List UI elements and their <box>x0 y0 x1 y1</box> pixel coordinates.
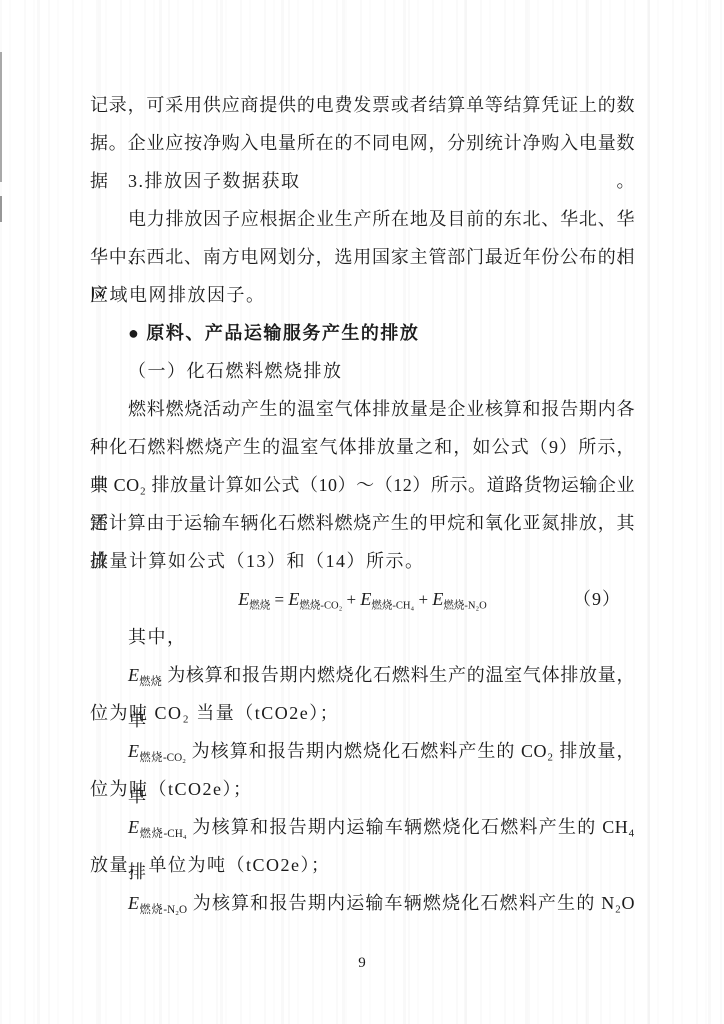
text-line-13: 放量计算如公式（13）和（14）所示。 <box>90 542 635 580</box>
formula-expression: E燃烧 = E燃烧-CO₂ + E燃烧-CH₄ + E燃烧-N₂O <box>238 590 487 609</box>
text-line-16: E燃烧 为核算和报告期内燃烧化石燃料生产的温室气体排放量，单 <box>90 656 635 694</box>
document-page: 记录，可采用供应商提供的电费发票或者结算单等结算凭证上的数据。企业应按净购入电量… <box>0 0 724 1024</box>
subscript-text: 燃烧 <box>249 601 270 612</box>
text-line-18: E燃烧-CO₂ 为核算和报告期内燃烧化石燃料产生的 CO₂ 排放量，单 <box>90 732 635 770</box>
text-line-20: E燃烧-CH₄ 为核算和报告期内运输车辆燃烧化石燃料产生的 CH₄ 排 <box>90 808 635 846</box>
text-line-22: E燃烧-N₂O 为核算和报告期内运输车辆燃烧化石燃料产生的 N₂O <box>90 884 635 922</box>
text-line-2: 据。企业应按净购入电量所在的不同电网，分别统计净购入电量数据。 <box>90 124 635 162</box>
italic-symbol: E <box>128 893 139 913</box>
text-line-7: ● 原料、产品运输服务产生的排放 <box>90 314 635 352</box>
italic-symbol: E <box>128 741 139 761</box>
subscript-text: 燃烧-CH₄ <box>371 601 414 612</box>
text-line-10: 种化石燃料燃烧产生的温室气体排放量之和，如公式（9）所示，其 <box>90 428 635 466</box>
subscript-text: 燃烧-N₂O <box>443 601 486 612</box>
subscript-text: 燃烧-CO₂ <box>299 601 342 612</box>
italic-symbol: E <box>238 589 249 609</box>
subscript-text: 燃烧 <box>139 676 162 688</box>
text-line-9: 燃料燃烧活动产生的温室气体排放量是企业核算和报告期内各 <box>90 390 635 428</box>
italic-symbol: E <box>128 665 139 685</box>
subscript-text: 燃烧-CO₂ <box>139 752 186 764</box>
text-line-11: 中 CO₂ 排放量计算如公式（10）～（12）所示。道路货物运输企业还 <box>90 466 635 504</box>
italic-symbol: E <box>128 817 139 837</box>
text-line-19: 位为吨（tCO2e）； <box>90 770 635 808</box>
text-line-17: 位为吨 CO₂ 当量（tCO2e）； <box>90 694 635 732</box>
italic-symbol: E <box>432 589 443 609</box>
subscript-text: 燃烧-CH₄ <box>139 828 187 840</box>
text-line-1: 记录，可采用供应商提供的电费发票或者结算单等结算凭证上的数 <box>90 86 635 124</box>
text-line-21: 放量，单位为吨（tCO2e）； <box>90 846 635 884</box>
text-block: 记录，可采用供应商提供的电费发票或者结算单等结算凭证上的数据。企业应按净购入电量… <box>90 86 635 922</box>
text-line-12: 需计算由于运输车辆化石燃料燃烧产生的甲烷和氧化亚氮排放，其排 <box>90 504 635 542</box>
text-line-15: 其中， <box>90 618 635 656</box>
page-number: 9 <box>0 946 724 980</box>
text-line-5: 华中、西北、南方电网划分，选用国家主管部门最近年份公布的相应 <box>90 238 635 276</box>
formula-line: E燃烧 = E燃烧-CO₂ + E燃烧-CH₄ + E燃烧-N₂O（9） <box>90 580 635 618</box>
equation-number: （9） <box>573 580 621 618</box>
scan-edge-artifact <box>0 52 2 182</box>
text-line-6: 区域电网排放因子。 <box>90 276 635 314</box>
scan-edge-artifact <box>0 196 2 222</box>
text-line-4: 电力排放因子应根据企业生产所在地及目前的东北、华北、华东、 <box>90 200 635 238</box>
italic-symbol: E <box>288 589 299 609</box>
subscript-text: 燃烧-N₂O <box>139 904 187 916</box>
text-line-8: （一）化石燃料燃烧排放 <box>90 352 635 390</box>
italic-symbol: E <box>360 589 371 609</box>
